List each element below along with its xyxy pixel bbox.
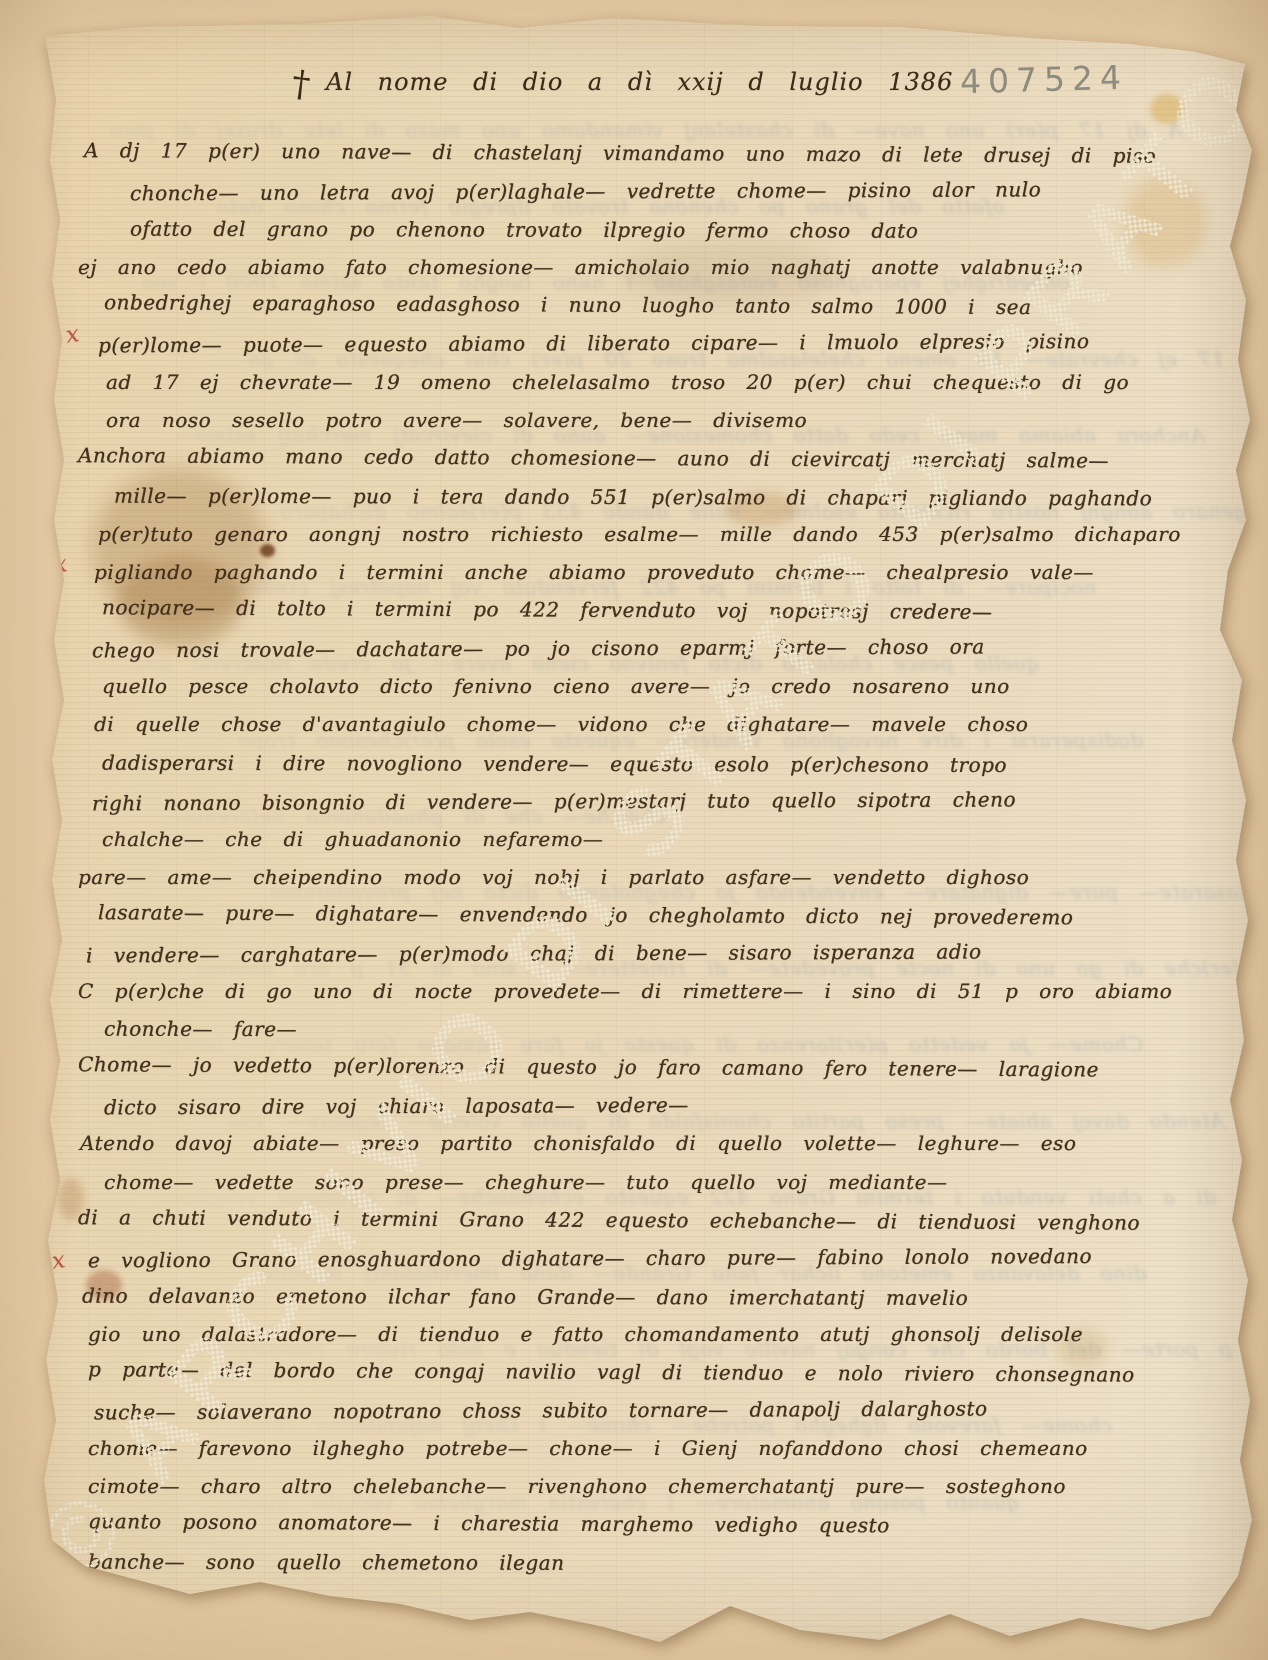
manuscript-line: ad 17 ej chevrate— 19 omeno chelelasalmo… — [106, 363, 1178, 401]
manuscript-line: pigliando paghando i termini anche abiam… — [94, 553, 1178, 591]
manuscript-line: righi nonano bisongnio di vendere— p(er)… — [92, 779, 1178, 822]
manuscript-line: mille— p(er)lome— puo i tera dando 551 p… — [114, 476, 1178, 517]
manuscript-line: dicto sisaro dire voj chiaro laposata— v… — [104, 1084, 1178, 1127]
manuscript-line: i vendere— carghatare— p(er)modo chaj di… — [86, 932, 1178, 975]
manuscript-line: chalche— che di ghuadanonio nefaremo— — [102, 820, 1178, 858]
manuscript-line: chego nosi trovale— dachatare— po jo cis… — [92, 627, 1178, 670]
manuscript-line: pare— ame— cheipendino modo voj nobj i p… — [78, 858, 1178, 896]
manuscript-line: C p(er)che di go uno di nocte provedete—… — [78, 972, 1178, 1010]
manuscript-text-block: A dj 17 p(er) uno nave— di chastelanj vi… — [78, 134, 1178, 1582]
manuscript-line: p parte— del bordo che congaj navilio va… — [88, 1350, 1178, 1394]
manuscript-line: cimote— charo altro chelebanche— rivengh… — [88, 1467, 1178, 1505]
paper-shadow-wrap: A dj 17 p(er) uno nave— di chastelanj vi… — [0, 0, 1268, 1660]
manuscript-line: suche— solaverano nopotrano choss subito… — [94, 1389, 1178, 1432]
manuscript-line: Anchora abiamo mano cedo datto chomesion… — [78, 436, 1178, 480]
manuscript-line: onbedrighej eparaghoso eadasghoso i nuno… — [104, 284, 1178, 328]
manuscript-line: e vogliono Grano enosghuardono dighatare… — [88, 1236, 1178, 1279]
manuscript-line: chome— farevono ilghegho potrebe— chone—… — [88, 1429, 1178, 1467]
red-x-mark: x — [50, 1247, 67, 1275]
manuscript-line: quanto posono anomatore— i charestia mar… — [88, 1503, 1178, 1547]
manuscript-line: p(er)tuto genaro aongnj nostro richiesto… — [98, 515, 1178, 553]
manuscript-line: Chome— jo vedetto p(er)lorenzo di questo… — [78, 1045, 1178, 1089]
manuscript-line: nocipare— di tolto i termini po 422 ferv… — [102, 588, 1178, 632]
manuscript-line: chonche— fare— — [104, 1010, 1178, 1051]
invocation-cross: † — [290, 63, 313, 106]
manuscript-scan: A dj 17 p(er) uno nave— di chastelanj vi… — [0, 0, 1268, 1660]
manuscript-line: gio uno dalastradore— di tienduo e fatto… — [88, 1315, 1178, 1353]
stain — [1150, 94, 1184, 124]
manuscript-line: chome— vedette sono prese— cheghure— tut… — [104, 1163, 1178, 1201]
manuscript-line: di quelle chose d'avantagiulo chome— vid… — [94, 705, 1178, 743]
manuscript-line: di a chuti venduto i termini Grano 422 e… — [78, 1198, 1178, 1242]
dateline-text: Al nome di dio a dì xxij d luglio 1386 — [326, 68, 953, 96]
red-x-mark: x — [52, 551, 69, 579]
manuscript-line: dino delavanzo emetono ilchar fano Grand… — [82, 1276, 1178, 1317]
header-dateline: †Al nome di dio a dì xxij d luglio 1386 — [292, 64, 953, 105]
manuscript-line: Atendo davoj abiate— preso partito choni… — [80, 1124, 1178, 1162]
manuscript-line: ej ano cedo abiamo fato chomesione— amic… — [78, 248, 1178, 286]
manuscript-line: ora noso sesello potro avere— solavere, … — [106, 401, 1178, 439]
paper-sheet: A dj 17 p(er) uno nave— di chastelanj vi… — [0, 0, 1268, 1660]
manuscript-line: banche— sono quello chemetono ilegan — [88, 1543, 1178, 1584]
manuscript-line: A dj 17 p(er) uno nave— di chastelanj vi… — [84, 131, 1178, 175]
manuscript-line: ofatto del grano po chenono trovato ilpr… — [130, 210, 1178, 251]
manuscript-line: quello pesce cholavto dicto fenivno cien… — [102, 667, 1178, 705]
manuscript-line: p(er)lome— puote— equesto abiamo di libe… — [98, 322, 1178, 365]
manuscript-line: lasarate— pure— dighatare— envendendo jo… — [98, 893, 1178, 937]
manuscript-line: dadisperarsi i dire novogliono vendere— … — [102, 743, 1178, 784]
manuscript-line: chonche— uno letra avoj p(er)laghale— ve… — [130, 170, 1178, 213]
archive-number: 407524 — [960, 58, 1129, 101]
